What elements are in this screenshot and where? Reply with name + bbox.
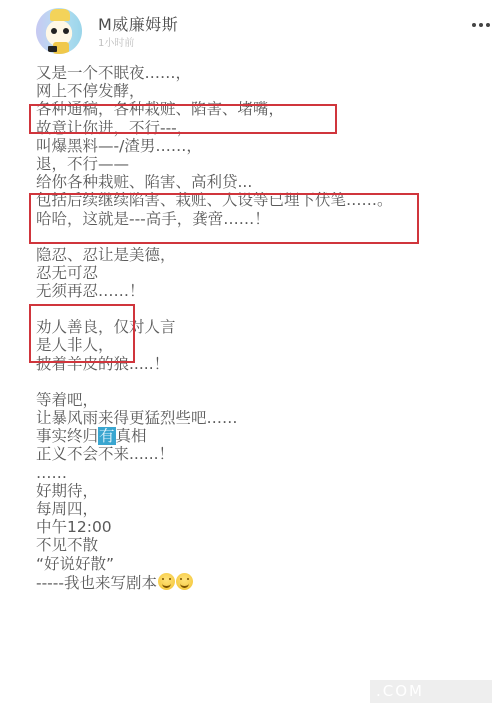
paragraph-gap (36, 228, 476, 246)
post-line: 事实终归有真相 (36, 427, 476, 445)
post-line: 中午12:00 (36, 518, 476, 536)
post-line-text: 事实终归 (36, 427, 98, 445)
smile-emoji-icon (176, 573, 193, 590)
post-line: 无须再忍……！ (36, 282, 476, 300)
watermark: .COM (370, 680, 492, 703)
post-line: 包括后续继续陷害、栽赃、人设等已埋下伏笔……。 (36, 191, 476, 209)
post-line: 叫爆黑料—-/渣男……， (36, 137, 476, 155)
post-line-text: -----我也来写剧本 (36, 574, 157, 592)
paragraph-gap (36, 300, 476, 318)
post-header: M威廉姆斯 1小时前 (0, 0, 492, 60)
post-line: 给你各种栽赃、陷害、高利贷... (36, 173, 476, 191)
post-line-suffix: ……。 (346, 191, 393, 209)
post-line: “好说好散” (36, 555, 476, 573)
post-line: 隐忍、忍让是美德， (36, 246, 476, 264)
post-line: …… (36, 464, 476, 482)
post-line: 退，不行—— (36, 155, 476, 173)
camera-icon (48, 46, 57, 52)
post-line: 等着吧， (36, 391, 476, 409)
more-options-button[interactable] (472, 20, 492, 30)
avatar-eye-icon (51, 28, 57, 34)
post-line: 每周四， (36, 500, 476, 518)
smile-emoji-icon (158, 573, 175, 590)
post-line: 正义不会不来......！ (36, 445, 476, 463)
post-line: 故意让你进，不行---， (36, 119, 476, 137)
username[interactable]: M威廉姆斯 (98, 12, 178, 35)
post-line: 不见不散 (36, 536, 476, 554)
post-line: 是人非人， (36, 336, 476, 354)
post-line: 网上不停发酵， (36, 82, 476, 100)
post-line: 哈哈，这就是---高手，龚啻……！ (36, 210, 476, 228)
post-line: 让暴风雨来得更猛烈些吧…… (36, 409, 476, 427)
post-line: 披着羊皮的狼.....！ (36, 355, 476, 373)
more-dots-icon (472, 23, 476, 27)
post-body: 又是一个不眠夜……， 网上不停发酵， 各种通稿，各种栽赃、陷害、堵嘴， 故意让你… (36, 64, 476, 591)
post-line-text: 真相 (116, 427, 147, 445)
avatar-hat-icon (50, 9, 70, 21)
post-line: 各种通稿，各种栽赃、陷害、堵嘴， (36, 100, 476, 118)
post-line: 劝人善良，仅对人言 (36, 318, 476, 336)
avatar[interactable] (36, 8, 82, 54)
post-timestamp: 1小时前 (98, 34, 134, 49)
more-dots-icon (479, 23, 483, 27)
highlighted-word[interactable]: 有 (98, 427, 116, 445)
post-line: 好期待， (36, 482, 476, 500)
paragraph-gap (36, 373, 476, 391)
more-dots-icon (486, 23, 490, 27)
post-line: 忍无可忍 (36, 264, 476, 282)
post-line: 又是一个不眠夜……， (36, 64, 476, 82)
post-line-text: 包括后续继续陷害、栽赃、人设等已埋下伏笔 (36, 191, 346, 209)
avatar-eye-icon (63, 28, 69, 34)
post-line: -----我也来写剧本 (36, 573, 476, 591)
